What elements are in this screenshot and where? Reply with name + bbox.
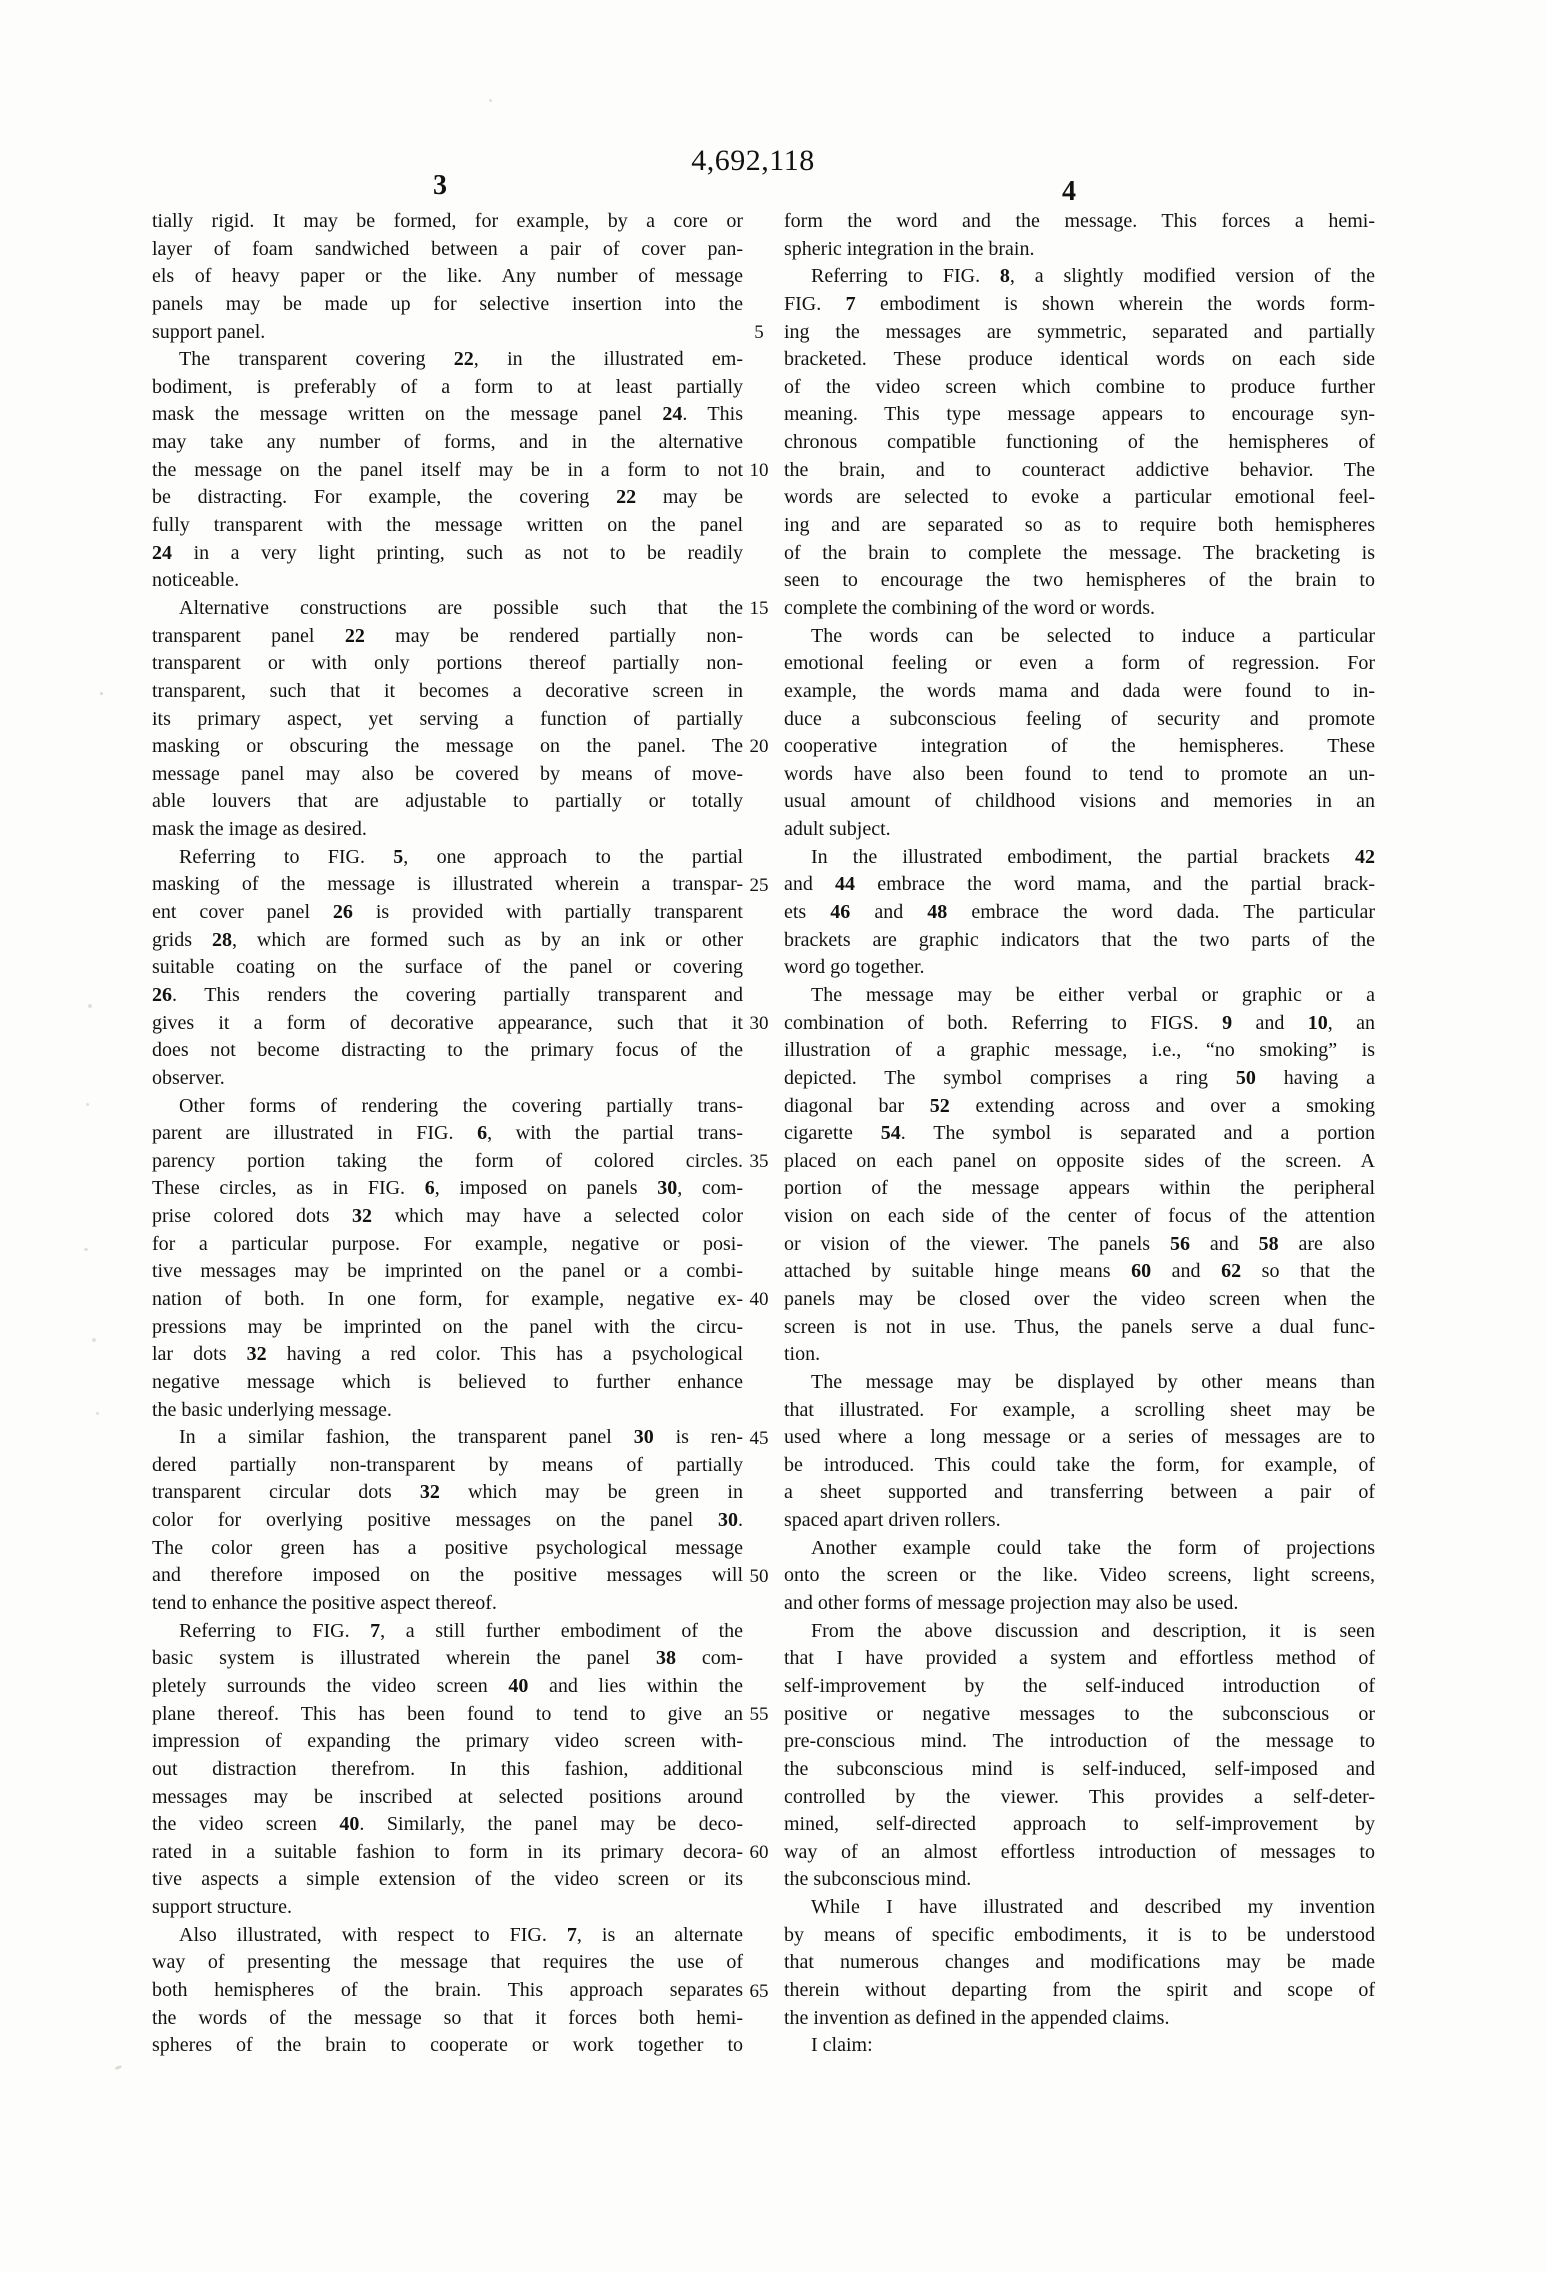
text-line: tially rigid. It may be formed, for exam… [152, 208, 743, 236]
text-line: words are selected to evoke a particular… [784, 484, 1375, 512]
text-line: that numerous changes and modifications … [784, 1949, 1375, 1977]
text-line: word go together. [784, 954, 1375, 982]
text-line: by means of specific embodiments, it is … [784, 1922, 1375, 1950]
text-line: ing the messages are symmetric, separate… [784, 319, 1375, 347]
text-line: tive aspects a simple extension of the v… [152, 1866, 743, 1894]
text-line: color for overlying positive messages on… [152, 1507, 743, 1535]
text-line: adult subject. [784, 816, 1375, 844]
scan-speckle [86, 1103, 89, 1106]
line-number: 20 [740, 733, 778, 761]
text-line: placed on each panel on opposite sides o… [784, 1148, 1375, 1176]
text-line: support structure. [152, 1894, 743, 1922]
text-line: of the brain to complete the message. Th… [784, 540, 1375, 568]
text-line: ets 46 and 48 embrace the word dada. The… [784, 899, 1375, 927]
text-line: be distracting. For example, the coverin… [152, 484, 743, 512]
text-line: transparent, such that it becomes a deco… [152, 678, 743, 706]
text-line: portion of the message appears within th… [784, 1175, 1375, 1203]
text-line: does not become distracting to the prima… [152, 1037, 743, 1065]
line-number: 35 [740, 1148, 778, 1176]
text-line: From the above discussion and descriptio… [784, 1618, 1375, 1646]
text-line: out distraction therefrom. In this fashi… [152, 1756, 743, 1784]
text-line: In the illustrated embodiment, the parti… [784, 844, 1375, 872]
text-line: able louvers that are adjustable to part… [152, 788, 743, 816]
text-line: and other forms of message projection ma… [784, 1590, 1375, 1618]
text-line: that illustrated. For example, a scrolli… [784, 1397, 1375, 1425]
text-line: screen is not in use. Thus, the panels s… [784, 1314, 1375, 1342]
text-line: cooperative integration of the hemispher… [784, 733, 1375, 761]
text-line: Referring to FIG. 8, a slightly modified… [784, 263, 1375, 291]
text-line: transparent circular dots 32 which may b… [152, 1479, 743, 1507]
text-line: transparent panel 22 may be rendered par… [152, 623, 743, 651]
text-line: form the word and the message. This forc… [784, 208, 1375, 236]
text-line: positive or negative messages to the sub… [784, 1701, 1375, 1729]
text-line: way of presenting the message that requi… [152, 1949, 743, 1977]
text-line: controlled by the viewer. This provides … [784, 1784, 1375, 1812]
text-line: observer. [152, 1065, 743, 1093]
text-line: combination of both. Referring to FIGS. … [784, 1010, 1375, 1038]
text-line: emotional feeling or even a form of regr… [784, 650, 1375, 678]
text-line: rated in a suitable fashion to form in i… [152, 1839, 743, 1867]
text-line: the brain, and to counteract addictive b… [784, 457, 1375, 485]
text-line: the words of the message so that it forc… [152, 2005, 743, 2033]
text-line: While I have illustrated and described m… [784, 1894, 1375, 1922]
text-line: bracketed. These produce identical words… [784, 346, 1375, 374]
text-line: spaced apart driven rollers. [784, 1507, 1375, 1535]
text-line: mined, self-directed approach to self-im… [784, 1811, 1375, 1839]
text-line: and therefore imposed on the positive me… [152, 1562, 743, 1590]
text-line: negative message which is believed to fu… [152, 1369, 743, 1397]
text-line: The transparent covering 22, in the illu… [152, 346, 743, 374]
text-line: and 44 embrace the word mama, and the pa… [784, 871, 1375, 899]
text-line: panels may be made up for selective inse… [152, 291, 743, 319]
text-line: meaning. This type message appears to en… [784, 401, 1375, 429]
line-number: 40 [740, 1286, 778, 1314]
text-line: that I have provided a system and effort… [784, 1645, 1375, 1673]
text-line: basic system is illustrated wherein the … [152, 1645, 743, 1673]
text-line: These circles, as in FIG. 6, imposed on … [152, 1175, 743, 1203]
text-line: masking or obscuring the message on the … [152, 733, 743, 761]
text-line: onto the screen or the like. Video scree… [784, 1562, 1375, 1590]
text-line: both hemispheres of the brain. This appr… [152, 1977, 743, 2005]
text-line: words have also been found to tend to pr… [784, 761, 1375, 789]
text-line: chronous compatible functioning of the h… [784, 429, 1375, 457]
text-line: may take any number of forms, and in the… [152, 429, 743, 457]
line-number: 50 [740, 1563, 778, 1591]
line-number: 5 [740, 319, 778, 347]
column-number-4: 4 [1062, 176, 1076, 208]
text-line: the invention as defined in the appended… [784, 2005, 1375, 2033]
line-number: 15 [740, 595, 778, 623]
text-line: layer of foam sandwiched between a pair … [152, 236, 743, 264]
text-line: parency portion taking the form of color… [152, 1148, 743, 1176]
text-line: Also illustrated, with respect to FIG. 7… [152, 1922, 743, 1950]
text-line: diagonal bar 52 extending across and ove… [784, 1093, 1375, 1121]
text-line: nation of both. In one form, for example… [152, 1286, 743, 1314]
text-line: of the video screen which combine to pro… [784, 374, 1375, 402]
text-line: 26. This renders the covering partially … [152, 982, 743, 1010]
text-line: the message on the panel itself may be i… [152, 457, 743, 485]
text-line: Other forms of rendering the covering pa… [152, 1093, 743, 1121]
scan-speckle [100, 692, 103, 695]
text-line: masking of the message is illustrated wh… [152, 871, 743, 899]
scan-speckle [92, 1338, 96, 1342]
line-number: 60 [740, 1839, 778, 1867]
text-line: example, the words mama and dada were fo… [784, 678, 1375, 706]
text-line: self-improvement by the self-induced int… [784, 1673, 1375, 1701]
text-line: Another example could take the form of p… [784, 1535, 1375, 1563]
text-line: mask the message written on the message … [152, 401, 743, 429]
text-line: tend to enhance the positive aspect ther… [152, 1590, 743, 1618]
text-line: pre-conscious mind. The introduction of … [784, 1728, 1375, 1756]
text-line: the basic underlying message. [152, 1397, 743, 1425]
text-line: In a similar fashion, the transparent pa… [152, 1424, 743, 1452]
text-line: pletely surrounds the video screen 40 an… [152, 1673, 743, 1701]
text-line: the subconscious mind is self-induced, s… [784, 1756, 1375, 1784]
text-line: ent cover panel 26 is provided with part… [152, 899, 743, 927]
text-line: brackets are graphic indicators that the… [784, 927, 1375, 955]
line-number: 65 [740, 1978, 778, 2006]
text-line: the subconscious mind. [784, 1866, 1375, 1894]
text-line: spheric integration in the brain. [784, 236, 1375, 264]
text-line: transparent or with only portions thereo… [152, 650, 743, 678]
text-line: complete the combining of the word or wo… [784, 595, 1375, 623]
text-line: its primary aspect, yet serving a functi… [152, 706, 743, 734]
text-line: panels may be closed over the video scre… [784, 1286, 1375, 1314]
text-line: els of heavy paper or the like. Any numb… [152, 263, 743, 291]
text-line: The message may be either verbal or grap… [784, 982, 1375, 1010]
text-line: I claim: [784, 2032, 1375, 2060]
line-number: 25 [740, 872, 778, 900]
text-line: Referring to FIG. 7, a still further emb… [152, 1618, 743, 1646]
text-line: used where a long message or a series of… [784, 1424, 1375, 1452]
text-line: be introduced. This could take the form,… [784, 1452, 1375, 1480]
text-line: the video screen 40. Similarly, the pane… [152, 1811, 743, 1839]
patent-number: 4,692,118 [691, 144, 814, 178]
text-line: seen to encourage the two hemispheres of… [784, 567, 1375, 595]
text-line: plane thereof. This has been found to te… [152, 1701, 743, 1729]
scan-speckle [489, 99, 492, 102]
text-line: parent are illustrated in FIG. 6, with t… [152, 1120, 743, 1148]
scan-speckle [96, 1412, 99, 1415]
text-line: The words can be selected to induce a pa… [784, 623, 1375, 651]
text-line: support panel. [152, 319, 743, 347]
text-line: or vision of the viewer. The panels 56 a… [784, 1231, 1375, 1259]
text-line: tive messages may be imprinted on the pa… [152, 1258, 743, 1286]
scan-speckle [88, 1004, 92, 1008]
text-line: therein without departing from the spiri… [784, 1977, 1375, 2005]
scan-speckle [84, 1248, 88, 1251]
text-line: The message may be displayed by other me… [784, 1369, 1375, 1397]
text-line: suitable coating on the surface of the p… [152, 954, 743, 982]
text-line: mask the image as desired. [152, 816, 743, 844]
scan-speckle [115, 2065, 123, 2071]
text-line: bodiment, is preferably of a form to at … [152, 374, 743, 402]
line-number: 10 [740, 457, 778, 485]
text-line: pressions may be imprinted on the panel … [152, 1314, 743, 1342]
text-line: for a particular purpose. For example, n… [152, 1231, 743, 1259]
text-line: tion. [784, 1341, 1375, 1369]
column-4-text: form the word and the message. This forc… [784, 208, 1375, 2060]
text-line: FIG. 7 embodiment is shown wherein the w… [784, 291, 1375, 319]
text-line: The color green has a positive psycholog… [152, 1535, 743, 1563]
text-line: duce a subconscious feeling of security … [784, 706, 1375, 734]
text-line: fully transparent with the message writt… [152, 512, 743, 540]
text-line: spheres of the brain to cooperate or wor… [152, 2032, 743, 2060]
text-line: 24 in a very light printing, such as not… [152, 540, 743, 568]
text-line: a sheet supported and transferring betwe… [784, 1479, 1375, 1507]
text-line: attached by suitable hinge means 60 and … [784, 1258, 1375, 1286]
text-line: lar dots 32 having a red color. This has… [152, 1341, 743, 1369]
column-3-text: tially rigid. It may be formed, for exam… [152, 208, 743, 2060]
text-line: grids 28, which are formed such as by an… [152, 927, 743, 955]
text-line: prise colored dots 32 which may have a s… [152, 1203, 743, 1231]
text-line: Alternative constructions are possible s… [152, 595, 743, 623]
line-number: 30 [740, 1010, 778, 1038]
text-line: message panel may also be covered by mea… [152, 761, 743, 789]
text-line: usual amount of childhood visions and me… [784, 788, 1375, 816]
text-line: vision on each side of the center of foc… [784, 1203, 1375, 1231]
text-line: way of an almost effortless introduction… [784, 1839, 1375, 1867]
text-line: cigarette 54. The symbol is separated an… [784, 1120, 1375, 1148]
text-line: depicted. The symbol comprises a ring 50… [784, 1065, 1375, 1093]
text-line: ing and are separated so as to require b… [784, 512, 1375, 540]
line-number: 55 [740, 1701, 778, 1729]
text-line: Referring to FIG. 5, one approach to the… [152, 844, 743, 872]
line-number: 45 [740, 1425, 778, 1453]
patent-page: 4,692,118 3 4 tially rigid. It may be fo… [0, 0, 1547, 2272]
text-line: messages may be inscribed at selected po… [152, 1784, 743, 1812]
text-line: illustration of a graphic message, i.e.,… [784, 1037, 1375, 1065]
column-number-3: 3 [433, 170, 447, 202]
text-line: impression of expanding the primary vide… [152, 1728, 743, 1756]
text-line: noticeable. [152, 567, 743, 595]
text-line: dered partially non-transparent by means… [152, 1452, 743, 1480]
text-line: gives it a form of decorative appearance… [152, 1010, 743, 1038]
line-number-gutter: 5101520253035404550556065 [740, 208, 778, 2068]
